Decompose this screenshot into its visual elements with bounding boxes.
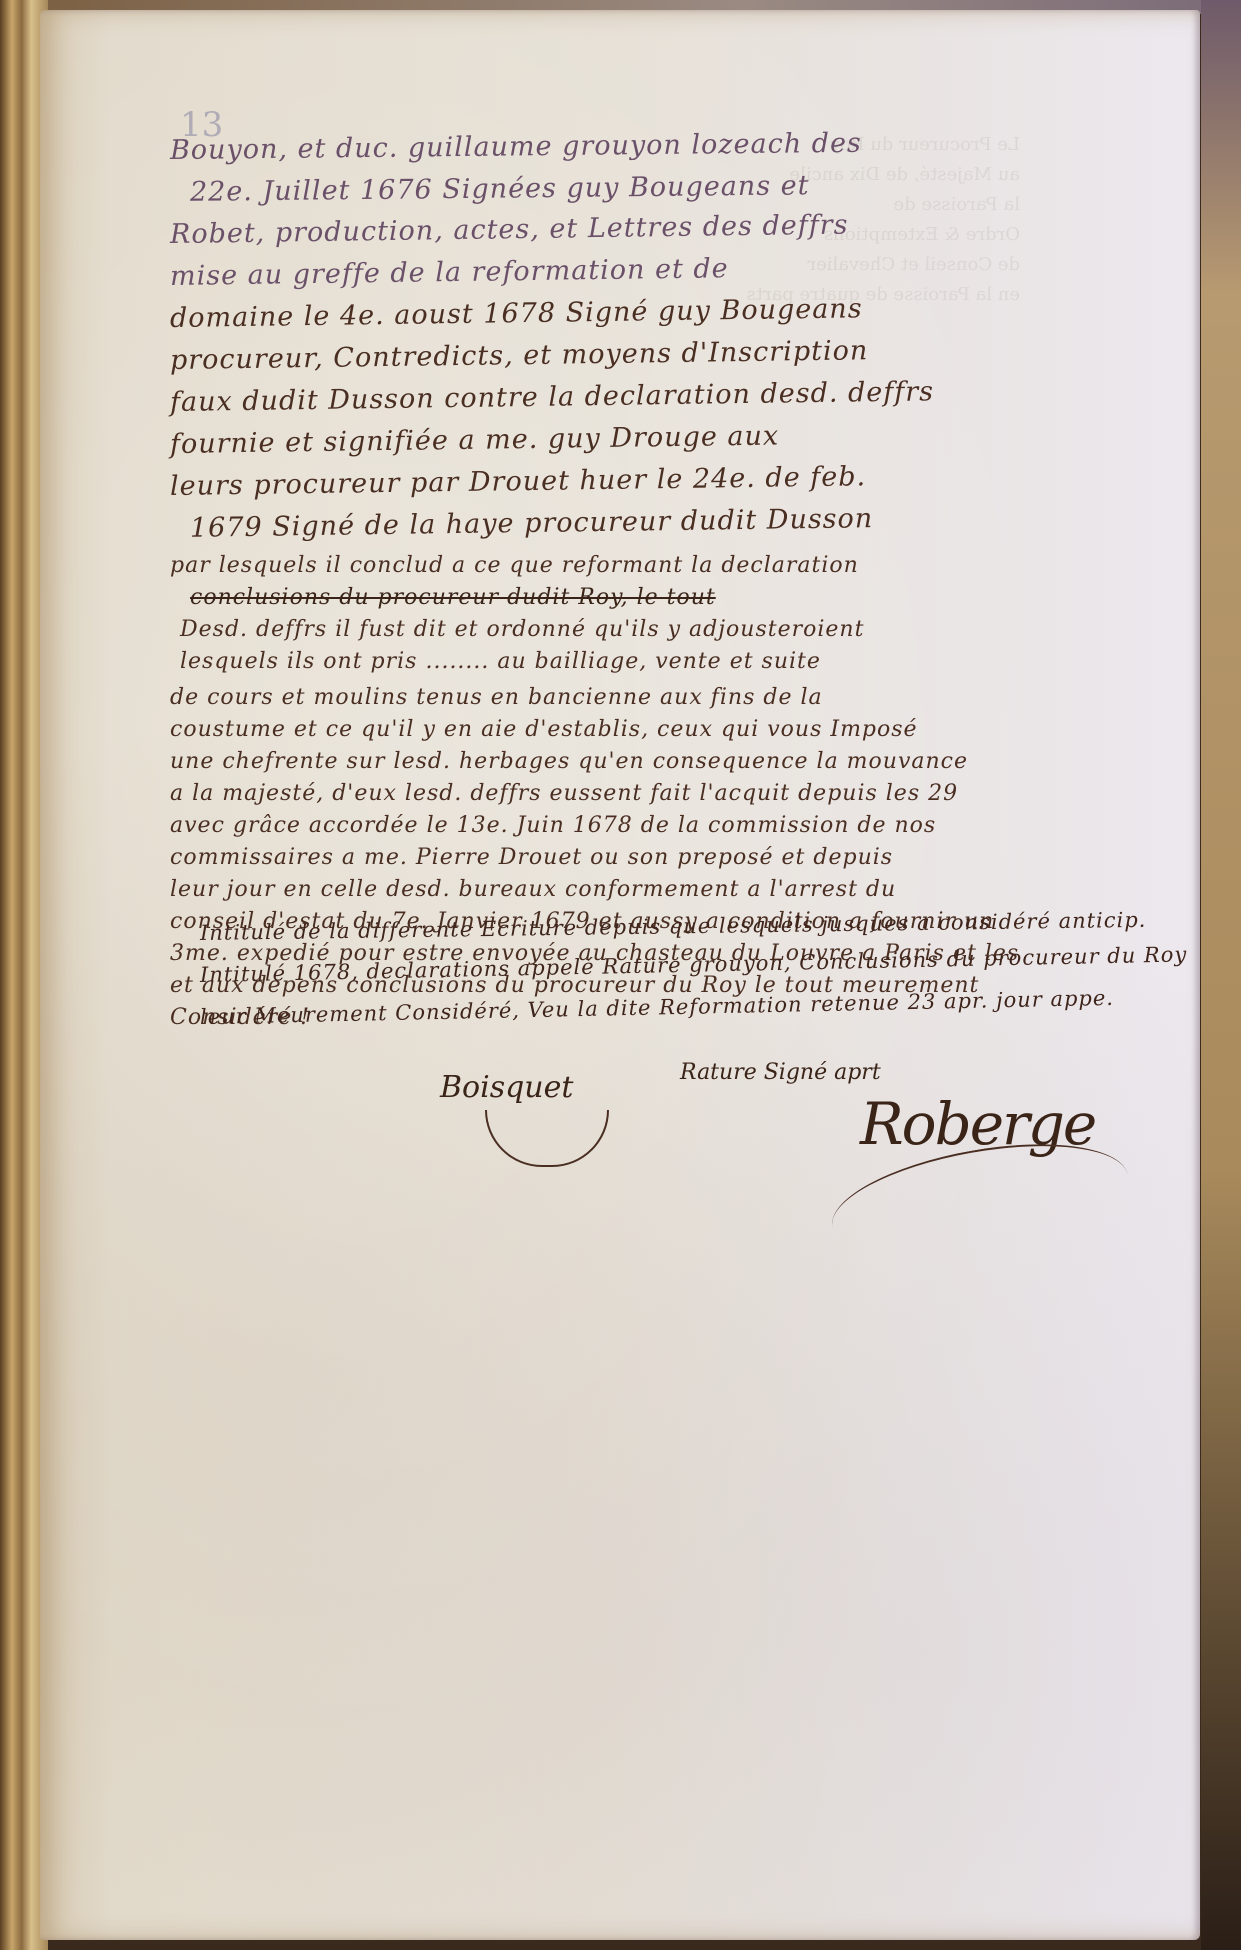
- body-line: Desd. deffrs il fust dit et ordonné qu'i…: [170, 614, 1190, 646]
- body-line: coustume et ce qu'il y en aie d'establis…: [170, 714, 1190, 746]
- body-line: une chefrente sur lesd. herbages qu'en c…: [170, 746, 1190, 778]
- body-line: a la majesté, d'eux lesd. deffrs eussent…: [170, 778, 1190, 810]
- body-line: lesquels ils ont pris ........ au bailli…: [170, 646, 1190, 678]
- body-line: commissaires a me. Pierre Drouet ou son …: [170, 842, 1190, 874]
- struck-line: conclusions du procureur dudit Roy, le t…: [170, 582, 1190, 614]
- body-line: de cours et moulins tenus en bancienne a…: [170, 682, 1190, 714]
- manuscript-body: Bouyon, et duc. guillaume grouyon lozeac…: [170, 130, 1190, 1034]
- body-line: par lesquels il conclud a ce que reforma…: [170, 550, 1190, 582]
- background-right: [1201, 0, 1241, 1950]
- signature-left: Boisquet: [440, 1070, 573, 1105]
- closing-notes: Intitulé de la differente Ecriture depui…: [200, 912, 1200, 1038]
- body-line: avec grâce accordée le 13e. Juin 1678 de…: [170, 810, 1190, 842]
- signature-note: Rature Signé aprt: [680, 1060, 881, 1085]
